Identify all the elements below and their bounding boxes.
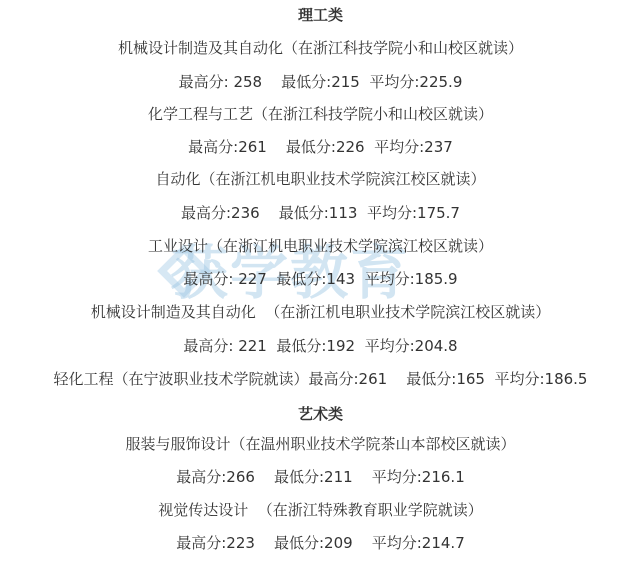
program-name: 化学工程与工艺（在浙江科技学院小和山校区就读） <box>0 104 641 124</box>
program-scores: 最高分:266 最低分:211 平均分:216.1 <box>0 467 641 487</box>
program-scores: 最高分: 258 最低分:215 平均分:225.9 <box>0 72 641 92</box>
section-heading-science: 理工类 <box>0 5 641 25</box>
program-inline-entry: 轻化工程（在宁波职业技术学院就读）最高分:261 最低分:165 平均分:186… <box>0 369 641 389</box>
program-scores: 最高分:223 最低分:209 平均分:214.7 <box>0 533 641 553</box>
program-scores: 最高分: 221 最低分:192 平均分:204.8 <box>0 336 641 356</box>
program-name: 自动化（在浙江机电职业技术学院滨江校区就读） <box>0 169 641 189</box>
program-name: 服装与服饰设计（在温州职业技术学院茶山本部校区就读） <box>0 434 641 454</box>
section-heading-arts: 艺术类 <box>0 404 641 424</box>
program-name: 机械设计制造及其自动化（在浙江科技学院小和山校区就读） <box>0 38 641 58</box>
program-scores: 最高分:261 最低分:226 平均分:237 <box>0 137 641 157</box>
program-name: 机械设计制造及其自动化 （在浙江机电职业技术学院滨江校区就读） <box>0 302 641 322</box>
program-name: 视觉传达设计 （在浙江特殊教育职业学院就读） <box>0 500 641 520</box>
program-name: 工业设计（在浙江机电职业技术学院滨江校区就读） <box>0 236 641 256</box>
program-scores: 最高分: 227 最低分:143 平均分:185.9 <box>0 269 641 289</box>
program-scores: 最高分:236 最低分:113 平均分:175.7 <box>0 203 641 223</box>
